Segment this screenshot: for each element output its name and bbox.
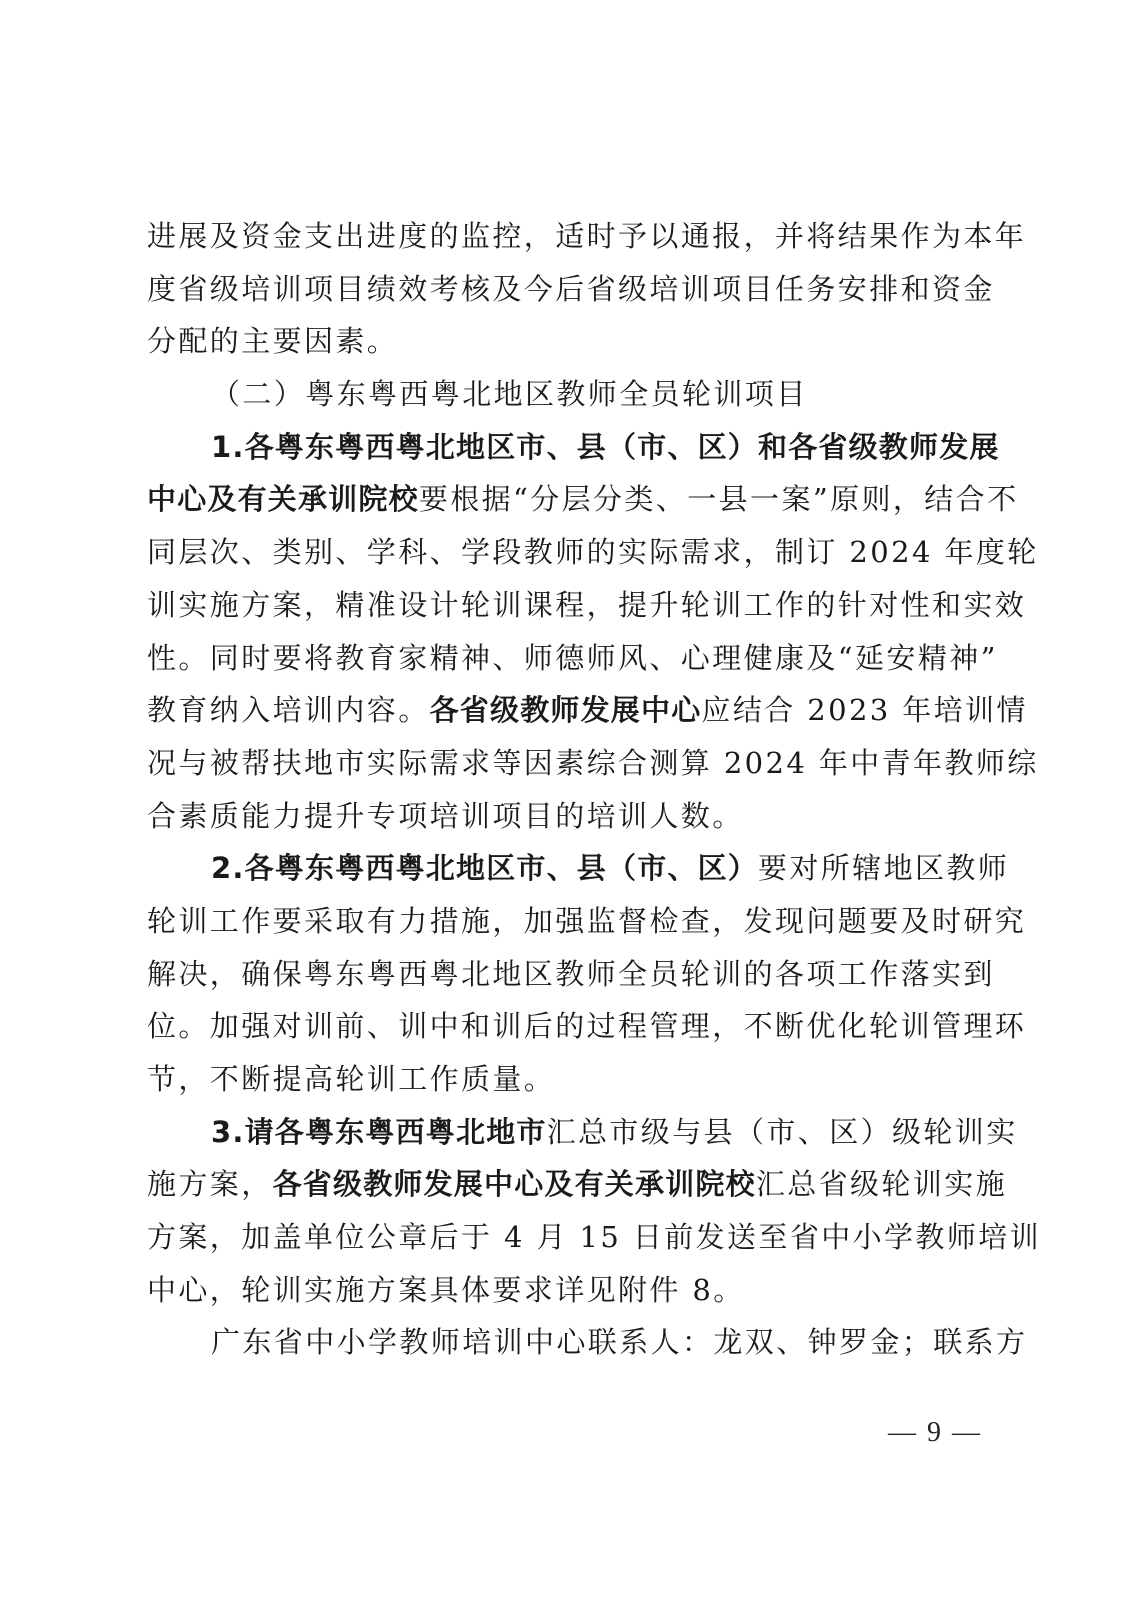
text-segment: 广东省中小学教师培训中心联系人：龙双、钟罗金；联系方 bbox=[211, 1325, 1027, 1359]
text-segment: 况与被帮扶地市实际需求等因素综合测算 2024 年中青年教师综 bbox=[147, 746, 1039, 780]
text-line: 中心，轮训实施方案具体要求详见附件 8。 bbox=[147, 1264, 987, 1317]
text-segment: 应结合 2023 年培训情 bbox=[701, 693, 1027, 727]
text-line: 进展及资金支出进度的监控，适时予以通报，并将结果作为本年 bbox=[147, 210, 987, 263]
text-segment: 进展及资金支出进度的监控，适时予以通报，并将结果作为本年 bbox=[147, 219, 1026, 253]
text-segment: 轮训工作要采取有力措施，加强监督检查，发现问题要及时研究 bbox=[147, 904, 1026, 938]
text-segment: 汇总省级轮训实施 bbox=[756, 1167, 1007, 1201]
text-line: 分配的主要因素。 bbox=[147, 315, 987, 368]
text-line: 性。同时要将教育家精神、师德师风、心理健康及“延安精神” bbox=[147, 632, 987, 685]
text-segment: 解决，确保粤东粤西粤北地区教师全员轮训的各项工作落实到 bbox=[147, 957, 995, 991]
text-segment: 中心，轮训实施方案具体要求详见附件 8。 bbox=[147, 1273, 745, 1307]
text-line: 轮训工作要采取有力措施，加强监督检查，发现问题要及时研究 bbox=[147, 895, 987, 948]
bold-text-segment: 1.各粤东粤西粤北地区市、县（市、区）和各省级教师发展 bbox=[211, 430, 1000, 464]
text-segment: 要根据“分层分类、一县一案”原则，结合不 bbox=[419, 482, 1019, 516]
text-line: （二）粤东粤西粤北地区教师全员轮训项目 bbox=[147, 368, 987, 421]
text-segment: 方案，加盖单位公章后于 4 月 15 日前发送至省中小学教师培训 bbox=[147, 1220, 1041, 1254]
text-segment: 节，不断提高轮训工作质量。 bbox=[147, 1062, 555, 1096]
text-line: 节，不断提高轮训工作质量。 bbox=[147, 1053, 987, 1106]
text-segment: 度省级培训项目绩效考核及今后省级培训项目任务安排和资金 bbox=[147, 272, 995, 306]
bold-text-segment: 3.请各粤东粤西粤北地市 bbox=[211, 1115, 547, 1149]
text-segment: 训实施方案，精准设计轮训课程，提升轮训工作的针对性和实效 bbox=[147, 588, 1026, 622]
text-line: 方案，加盖单位公章后于 4 月 15 日前发送至省中小学教师培训 bbox=[147, 1211, 987, 1264]
text-segment: 分配的主要因素。 bbox=[147, 324, 398, 358]
bold-text-segment: 各省级教师发展中心及有关承训院校 bbox=[273, 1167, 756, 1201]
text-line: 2.各粤东粤西粤北地区市、县（市、区）要对所辖地区教师 bbox=[147, 842, 987, 895]
document-page: 进展及资金支出进度的监控，适时予以通报，并将结果作为本年度省级培训项目绩效考核及… bbox=[0, 0, 1131, 1600]
text-line: 训实施方案，精准设计轮训课程，提升轮训工作的针对性和实效 bbox=[147, 579, 987, 632]
text-segment: 位。加强对训前、训中和训后的过程管理，不断优化轮训管理环 bbox=[147, 1009, 1026, 1043]
bold-text-segment: 各省级教师发展中心 bbox=[430, 693, 702, 727]
document-body: 进展及资金支出进度的监控，适时予以通报，并将结果作为本年度省级培训项目绩效考核及… bbox=[147, 210, 987, 1369]
bold-text-segment: 2.各粤东粤西粤北地区市、县（市、区） bbox=[211, 851, 758, 885]
text-line: 同层次、类别、学科、学段教师的实际需求，制订 2024 年度轮 bbox=[147, 526, 987, 579]
text-line: 度省级培训项目绩效考核及今后省级培训项目任务安排和资金 bbox=[147, 263, 987, 316]
text-segment: 性。同时要将教育家精神、师德师风、心理健康及“延安精神” bbox=[147, 641, 998, 675]
text-line: 1.各粤东粤西粤北地区市、县（市、区）和各省级教师发展 bbox=[147, 421, 987, 474]
bold-text-segment: 中心及有关承训院校 bbox=[147, 482, 419, 516]
text-segment: 汇总市级与县（市、区）级轮训实 bbox=[547, 1115, 1018, 1149]
text-line: 广东省中小学教师培训中心联系人：龙双、钟罗金；联系方 bbox=[147, 1316, 987, 1369]
page-number: — 9 — bbox=[880, 1413, 990, 1453]
text-line: 解决，确保粤东粤西粤北地区教师全员轮训的各项工作落实到 bbox=[147, 948, 987, 1001]
text-segment: 同层次、类别、学科、学段教师的实际需求，制订 2024 年度轮 bbox=[147, 535, 1039, 569]
text-segment: 教育纳入培训内容。 bbox=[147, 693, 430, 727]
text-segment: 合素质能力提升专项培训项目的培训人数。 bbox=[147, 799, 744, 833]
text-segment: （二）粤东粤西粤北地区教师全员轮训项目 bbox=[211, 377, 808, 411]
text-line: 位。加强对训前、训中和训后的过程管理，不断优化轮训管理环 bbox=[147, 1000, 987, 1053]
text-line: 中心及有关承训院校要根据“分层分类、一县一案”原则，结合不 bbox=[147, 473, 987, 526]
text-segment: 施方案， bbox=[147, 1167, 273, 1201]
text-line: 施方案，各省级教师发展中心及有关承训院校汇总省级轮训实施 bbox=[147, 1158, 987, 1211]
text-line: 合素质能力提升专项培训项目的培训人数。 bbox=[147, 790, 987, 843]
text-line: 况与被帮扶地市实际需求等因素综合测算 2024 年中青年教师综 bbox=[147, 737, 987, 790]
text-line: 教育纳入培训内容。各省级教师发展中心应结合 2023 年培训情 bbox=[147, 684, 987, 737]
text-segment: 要对所辖地区教师 bbox=[758, 851, 1009, 885]
text-line: 3.请各粤东粤西粤北地市汇总市级与县（市、区）级轮训实 bbox=[147, 1106, 987, 1159]
